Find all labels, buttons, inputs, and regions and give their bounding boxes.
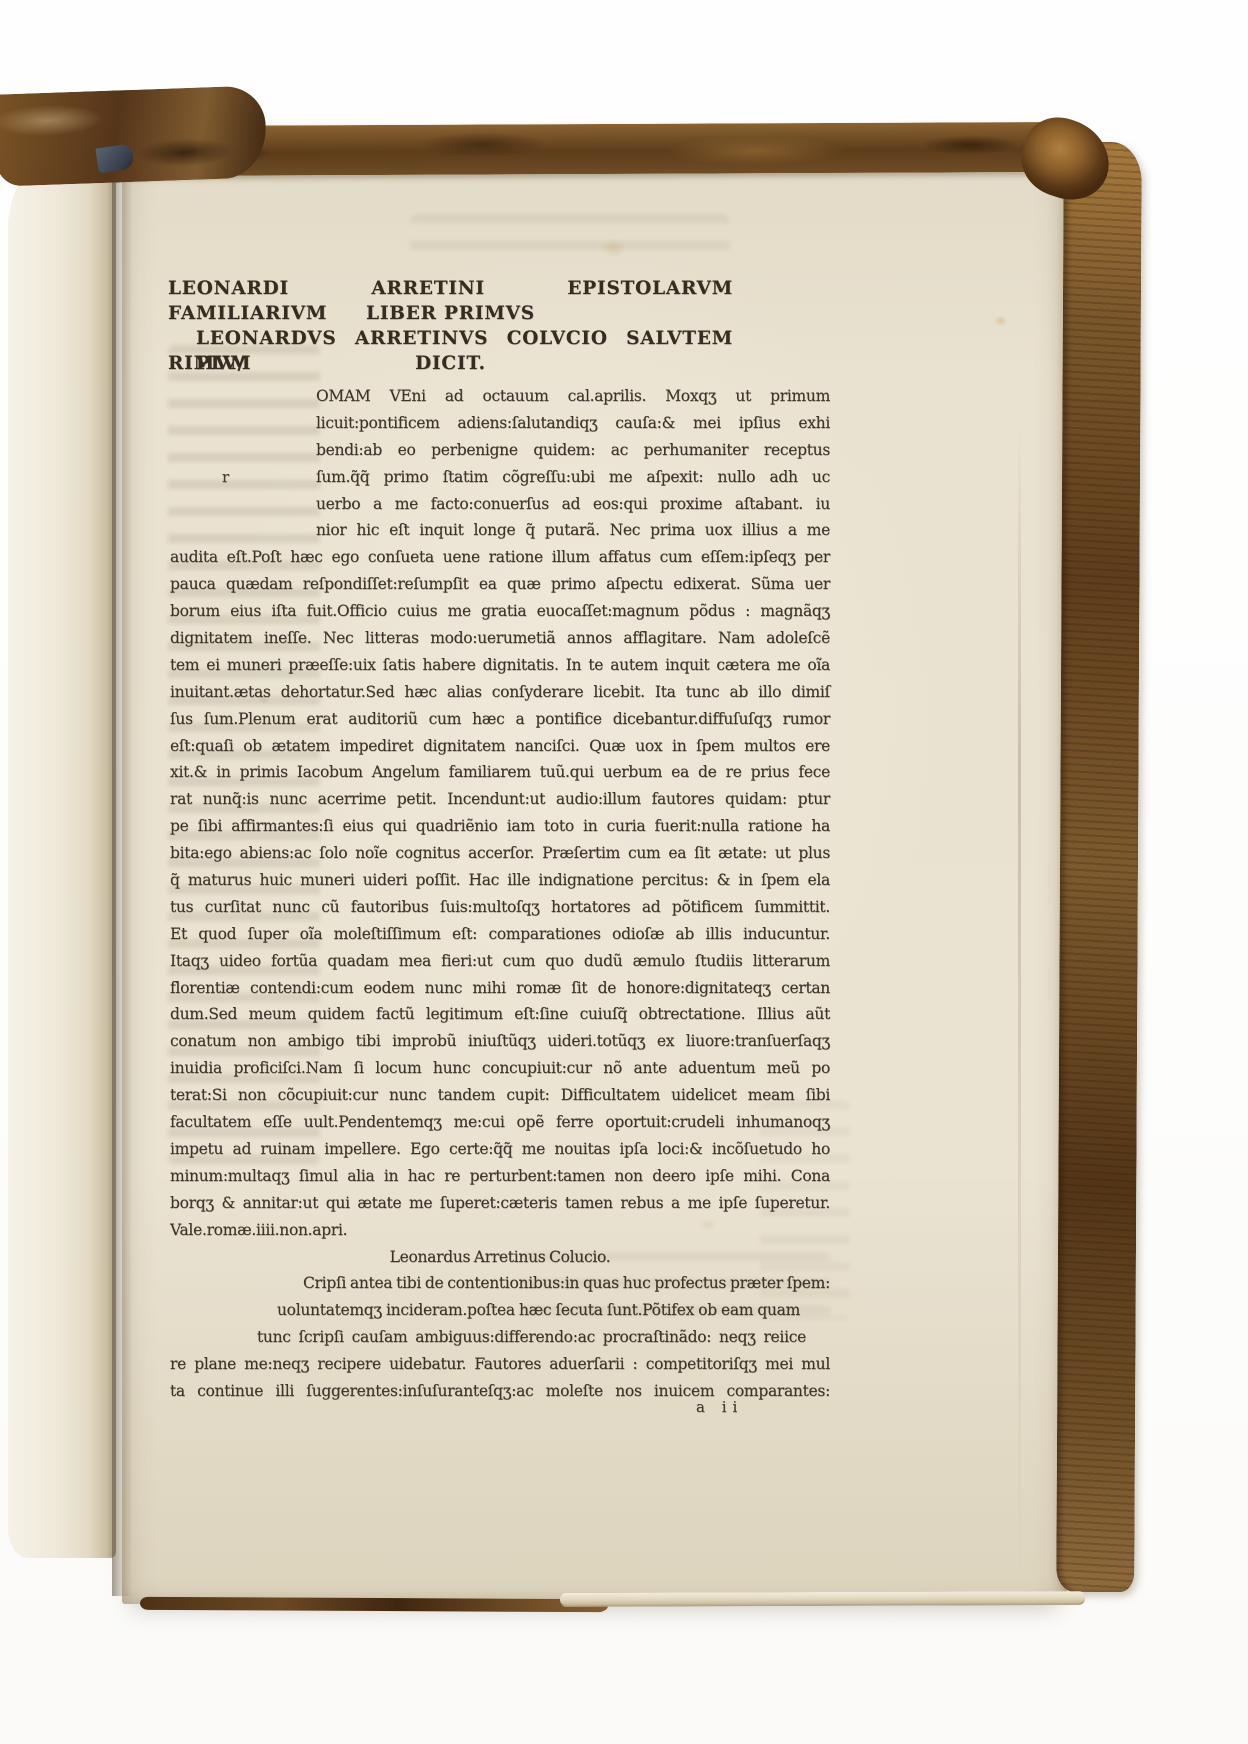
book-photo: LEONARDI ARRETINI EPISTOLARVM FAMILIARIV… [0, 0, 1248, 1744]
heading: LEONARDI ARRETINI EPISTOLARVM FAMILIARIV… [168, 276, 733, 376]
text-line: ſum.q̃q̃ primo ſtatim cõgreſſu:ubi me aſ… [316, 464, 830, 491]
right-leather-edge [1056, 142, 1142, 1592]
text-line: inuidia proficiſci.Nam ſi locum hunc con… [170, 1055, 830, 1082]
text-line: conatum non ambigo tibi improbũ iniuſtũq… [170, 1028, 830, 1055]
facing-page-edge [8, 158, 116, 1558]
text-line: tunc ſcripſi cauſam ambiguus:differendo:… [257, 1324, 806, 1351]
text-line: tem ei muneri præeſſe:uix ſatis habere d… [170, 652, 830, 679]
show-through-top [410, 214, 730, 252]
text-line: uoluntatemqʒ incideram.poſtea hæc ſecuta… [277, 1297, 800, 1324]
text-line: licuit:pontificem adiens:ſalutandiqʒ cau… [316, 410, 830, 437]
text-line: florentiæ contendi:cum eodem nunc mihi r… [170, 975, 830, 1002]
text-line: dignitatem ineſſe. Nec litteras modo:uer… [170, 625, 830, 652]
text-line: inuitant.ætas dehortatur.Sed hæc alias c… [170, 679, 830, 706]
heading-line-1: LEONARDI ARRETINI EPISTOLARVM FAMILIARIV… [168, 276, 733, 301]
page-crease [1018, 420, 1021, 1580]
text-line: Itaqʒ uideo fortũa quadam mea fieri:ut c… [170, 948, 830, 975]
heading-line-4-center: DICIT. [168, 351, 733, 376]
text-line: dum.Sed meum quidem factũ legitimum eſt:… [170, 1001, 830, 1028]
text-line: ſus ſum.Plenum erat auditoriũ cum hæc a … [170, 706, 830, 733]
text-line: re plane me:neqʒ recipere uidebatur. Fau… [170, 1351, 830, 1378]
text-line: q̃ maturus huic muneri uideri poſſit. Ha… [170, 867, 830, 894]
bottom-page-edges [560, 1591, 1085, 1607]
signature-mark: a ii [696, 1398, 743, 1416]
heading-line-4: RIMVM DICIT. [168, 351, 733, 376]
text-line: pauca quædam reſpondiſſet:reſumpſit ea q… [170, 571, 830, 598]
text-line: rat nunq̃:is nunc acerrime petit. Incend… [170, 786, 830, 813]
text-line: impetu ad ruinam impellere. Ego certe:q̃… [170, 1136, 830, 1163]
text-line: Et quod ſuper oĩa moleſtiſſimum eſt: com… [170, 921, 830, 948]
text-line: bendi:ab eo perbenigne quidem: ac perhum… [316, 437, 830, 464]
heading-line-3: LEONARDVS ARRETINVS COLVCIO SALVTEM PLV∕ [196, 326, 733, 351]
gutter-shadow [112, 152, 132, 1596]
text-line: Vale.romæ.iiii.non.apri. [170, 1217, 830, 1244]
text-line: facultatem eſſe uult.Pendentemqʒ me:cui … [170, 1109, 830, 1136]
text-line: uerbo a me facto:conuerſus ad eos:qui pr… [316, 491, 830, 518]
text-line: bita:ego abiens:ac ſolo noĩe cognitus ac… [170, 840, 830, 867]
text-line: borum eius iſta fuit.Officio cuius me gr… [170, 598, 830, 625]
text-line: Leonardus Arretinus Colucio. [170, 1244, 830, 1271]
text-line: eſt:quaſi ob ætatem impediret dignitatem… [170, 733, 830, 760]
text-line: audita eſt.Poſt hæc ego conſueta uene ra… [170, 544, 830, 571]
text-line: xit.& in primis Iacobum Angelum familiar… [170, 759, 830, 786]
text-line: OMAM VEni ad octauum cal.aprilis. Moxqʒ … [316, 383, 830, 410]
text-line: nior hic eſt inquit longe q̃ putarã. Nec… [316, 517, 830, 544]
text-line: borqʒ & annitar:ut qui ætate me ſuperet:… [170, 1190, 830, 1217]
text-line: Cripſi antea tibi de contentionibus:in q… [303, 1270, 830, 1297]
text-line: terat:Si non cõcupiuit:cur nunc tandem c… [170, 1082, 830, 1109]
text-line: minum:multaqʒ ſimul alia in hac re pertu… [170, 1163, 830, 1190]
spine-head-curl [0, 85, 268, 186]
bottom-edge-dark [140, 1597, 608, 1612]
text-block: OMAM VEni ad octauum cal.aprilis. Moxqʒ … [170, 383, 830, 1405]
text-line: pe ſibi affirmantes:ſi eius qui quadriẽn… [170, 813, 830, 840]
text-line: tus curſitat nunc cũ fautoribus ſuis:mul… [170, 894, 830, 921]
